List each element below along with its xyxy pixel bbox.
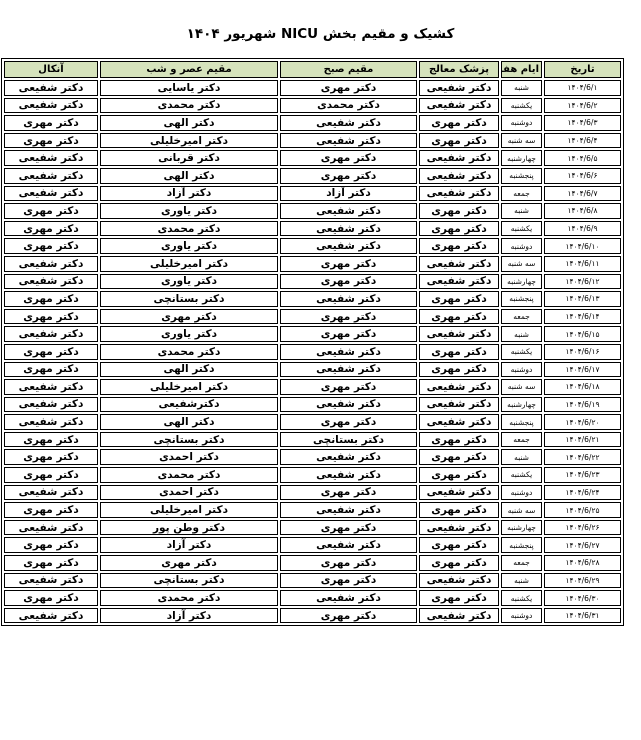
col-header-morning: مقیم صبح bbox=[280, 61, 417, 78]
table-row: ۱۴۰۴/6/۲۳یکشنبهدکتر مهریدکتر شفیعیدکتر م… bbox=[4, 467, 621, 483]
date-cell: ۱۴۰۴/6/۴ bbox=[544, 133, 621, 149]
attending-cell: دکتر مهری bbox=[419, 203, 499, 219]
table-row: ۱۴۰۴/6/۱۵شنبهدکتر شفیعیدکتر مهریدکتر یاو… bbox=[4, 326, 621, 342]
weekday-cell: جمعه bbox=[501, 555, 542, 571]
date-cell: ۱۴۰۴/6/۱۵ bbox=[544, 326, 621, 342]
attending-cell: دکتر شفیعی bbox=[419, 485, 499, 501]
table-row: ۱۴۰۴/6/۲۶چهارشنبهدکتر شفیعیدکتر مهریدکتر… bbox=[4, 520, 621, 536]
oncall-cell: دکتر شفیعی bbox=[4, 98, 98, 114]
schedule-table: تاریخ ایام هفته پزشک معالج مقیم صبح مقیم… bbox=[1, 58, 624, 626]
table-row: ۱۴۰۴/6/۱۷دوشنبهدکتر مهریدکتر شفیعیدکتر ا… bbox=[4, 362, 621, 378]
attending-cell: دکتر مهری bbox=[419, 432, 499, 448]
morning-cell: دکتر مهری bbox=[280, 168, 417, 184]
table-row: ۱۴۰۴/6/۵چهارشنبهدکتر شفیعیدکتر مهریدکتر … bbox=[4, 150, 621, 166]
header-row: تاریخ ایام هفته پزشک معالج مقیم صبح مقیم… bbox=[4, 61, 621, 78]
morning-cell: دکتر بستانچی bbox=[280, 432, 417, 448]
weekday-cell: پنجشنبه bbox=[501, 168, 542, 184]
evening-cell: دکتر بستانچی bbox=[100, 573, 278, 589]
table-row: ۱۴۰۴/6/۲۲شنبهدکتر مهریدکتر شفیعیدکتر احم… bbox=[4, 449, 621, 465]
evening-cell: دکتر محمدی bbox=[100, 98, 278, 114]
evening-cell: دکتر الهی bbox=[100, 414, 278, 430]
evening-cell: دکتر قربانی bbox=[100, 150, 278, 166]
date-cell: ۱۴۰۴/6/۱۴ bbox=[544, 309, 621, 325]
schedule-page: کشیک و مقیم بخش NICU شهریور ۱۴۰۴ تاریخ ا… bbox=[0, 0, 641, 740]
table-row: ۱۴۰۴/6/۱۳پنجشنبهدکتر مهریدکتر شفیعیدکتر … bbox=[4, 291, 621, 307]
date-cell: ۱۴۰۴/6/۲۸ bbox=[544, 555, 621, 571]
evening-cell: دکتر امیرخلیلی bbox=[100, 379, 278, 395]
attending-cell: دکتر شفیعی bbox=[419, 256, 499, 272]
date-cell: ۱۴۰۴/6/۳۱ bbox=[544, 608, 621, 624]
date-cell: ۱۴۰۴/6/۱۸ bbox=[544, 379, 621, 395]
table-row: ۱۴۰۴/6/۲۹شنبهدکتر شفیعیدکتر مهریدکتر بست… bbox=[4, 573, 621, 589]
weekday-cell: پنجشنبه bbox=[501, 537, 542, 553]
evening-cell: دکتر آزاد bbox=[100, 537, 278, 553]
table-row: ۱۴۰۴/6/۶پنجشنبهدکتر شفیعیدکتر مهریدکتر ا… bbox=[4, 168, 621, 184]
oncall-cell: دکتر شفیعی bbox=[4, 520, 98, 536]
evening-cell: دکتر الهی bbox=[100, 168, 278, 184]
evening-cell: دکتر امیرخلیلی bbox=[100, 133, 278, 149]
attending-cell: دکتر مهری bbox=[419, 449, 499, 465]
morning-cell: دکتر شفیعی bbox=[280, 397, 417, 413]
oncall-cell: دکتر مهری bbox=[4, 344, 98, 360]
evening-cell: دکتر بستانچی bbox=[100, 432, 278, 448]
morning-cell: دکتر شفیعی bbox=[280, 291, 417, 307]
date-cell: ۱۴۰۴/6/۲۰ bbox=[544, 414, 621, 430]
oncall-cell: دکتر مهری bbox=[4, 309, 98, 325]
morning-cell: دکتر مهری bbox=[280, 309, 417, 325]
evening-cell: دکتر امیرخلیلی bbox=[100, 502, 278, 518]
col-header-evening: مقیم عصر و شب bbox=[100, 61, 278, 78]
table-row: ۱۴۰۴/6/۱شنبهدکتر شفیعیدکتر مهریدکتر یاسا… bbox=[4, 80, 621, 96]
attending-cell: دکتر شفیعی bbox=[419, 326, 499, 342]
evening-cell: دکتر یاوری bbox=[100, 274, 278, 290]
weekday-cell: چهارشنبه bbox=[501, 150, 542, 166]
morning-cell: دکتر شفیعی bbox=[280, 362, 417, 378]
table-row: ۱۴۰۴/6/۱۶یکشنبهدکتر مهریدکتر شفیعیدکتر م… bbox=[4, 344, 621, 360]
table-row: ۱۴۰۴/6/۳۰یکشنبهدکتر مهریدکتر شفیعیدکتر م… bbox=[4, 590, 621, 606]
date-cell: ۱۴۰۴/6/۲۳ bbox=[544, 467, 621, 483]
weekday-cell: دوشنبه bbox=[501, 115, 542, 131]
col-header-attending: پزشک معالج bbox=[419, 61, 499, 78]
table-row: ۱۴۰۴/6/۲۸جمعهدکتر مهریدکتر مهریدکتر مهری… bbox=[4, 555, 621, 571]
morning-cell: دکتر محمدی bbox=[280, 98, 417, 114]
evening-cell: دکتر آزاد bbox=[100, 608, 278, 624]
date-cell: ۱۴۰۴/6/۲۴ bbox=[544, 485, 621, 501]
oncall-cell: دکتر شفیعی bbox=[4, 397, 98, 413]
oncall-cell: دکتر شفیعی bbox=[4, 326, 98, 342]
date-cell: ۱۴۰۴/6/۱۲ bbox=[544, 274, 621, 290]
weekday-cell: چهارشنبه bbox=[501, 274, 542, 290]
oncall-cell: دکتر مهری bbox=[4, 133, 98, 149]
morning-cell: دکتر شفیعی bbox=[280, 590, 417, 606]
schedule-rows: ۱۴۰۴/6/۱شنبهدکتر شفیعیدکتر مهریدکتر یاسا… bbox=[4, 80, 621, 623]
attending-cell: دکتر مهری bbox=[419, 115, 499, 131]
weekday-cell: دوشنبه bbox=[501, 608, 542, 624]
date-cell: ۱۴۰۴/6/۳۰ bbox=[544, 590, 621, 606]
date-cell: ۱۴۰۴/6/۲۵ bbox=[544, 502, 621, 518]
evening-cell: دکتر محمدی bbox=[100, 467, 278, 483]
date-cell: ۱۴۰۴/6/۱۷ bbox=[544, 362, 621, 378]
evening-cell: دکتر مهری bbox=[100, 309, 278, 325]
weekday-cell: یکشنبه bbox=[501, 344, 542, 360]
weekday-cell: دوشنبه bbox=[501, 238, 542, 254]
oncall-cell: دکتر شفیعی bbox=[4, 414, 98, 430]
morning-cell: دکتر مهری bbox=[280, 150, 417, 166]
oncall-cell: دکتر مهری bbox=[4, 432, 98, 448]
evening-cell: دکتر محمدی bbox=[100, 221, 278, 237]
morning-cell: دکتر مهری bbox=[280, 520, 417, 536]
evening-cell: دکتر وطن پور bbox=[100, 520, 278, 536]
weekday-cell: شنبه bbox=[501, 203, 542, 219]
table-row: ۱۴۰۴/6/۴سه شنبهدکتر مهریدکتر شفیعیدکتر ا… bbox=[4, 133, 621, 149]
morning-cell: دکتر مهری bbox=[280, 414, 417, 430]
morning-cell: دکتر مهری bbox=[280, 80, 417, 96]
date-cell: ۱۴۰۴/6/۹ bbox=[544, 221, 621, 237]
weekday-cell: یکشنبه bbox=[501, 467, 542, 483]
weekday-cell: شنبه bbox=[501, 326, 542, 342]
weekday-cell: یکشنبه bbox=[501, 98, 542, 114]
oncall-cell: دکتر مهری bbox=[4, 238, 98, 254]
weekday-cell: جمعه bbox=[501, 309, 542, 325]
date-cell: ۱۴۰۴/6/۲۲ bbox=[544, 449, 621, 465]
evening-cell: دکتر یاوری bbox=[100, 238, 278, 254]
table-row: ۱۴۰۴/6/۱۱سه شنبهدکتر شفیعیدکتر مهریدکتر … bbox=[4, 256, 621, 272]
oncall-cell: دکتر مهری bbox=[4, 291, 98, 307]
weekday-cell: چهارشنبه bbox=[501, 397, 542, 413]
evening-cell: دکتر محمدی bbox=[100, 344, 278, 360]
table-row: ۱۴۰۴/6/۱۸سه شنبهدکتر شفیعیدکتر مهریدکتر … bbox=[4, 379, 621, 395]
date-cell: ۱۴۰۴/6/۲ bbox=[544, 98, 621, 114]
oncall-cell: دکتر مهری bbox=[4, 449, 98, 465]
oncall-cell: دکتر مهری bbox=[4, 502, 98, 518]
weekday-cell: پنجشنبه bbox=[501, 291, 542, 307]
col-header-weekday: ایام هفته bbox=[501, 61, 542, 78]
morning-cell: دکتر آزاد bbox=[280, 186, 417, 202]
oncall-cell: دکتر مهری bbox=[4, 221, 98, 237]
weekday-cell: جمعه bbox=[501, 186, 542, 202]
attending-cell: دکتر مهری bbox=[419, 467, 499, 483]
date-cell: ۱۴۰۴/6/۱ bbox=[544, 80, 621, 96]
date-cell: ۱۴۰۴/6/۵ bbox=[544, 150, 621, 166]
evening-cell: دکتر امیرخلیلی bbox=[100, 256, 278, 272]
attending-cell: دکتر شفیعی bbox=[419, 414, 499, 430]
morning-cell: دکتر مهری bbox=[280, 485, 417, 501]
table-row: ۱۴۰۴/6/۷جمعهدکتر شفیعیدکتر آزاددکتر آزاد… bbox=[4, 186, 621, 202]
oncall-cell: دکتر مهری bbox=[4, 537, 98, 553]
morning-cell: دکتر شفیعی bbox=[280, 537, 417, 553]
oncall-cell: دکتر مهری bbox=[4, 115, 98, 131]
weekday-cell: چهارشنبه bbox=[501, 520, 542, 536]
evening-cell: دکتر احمدی bbox=[100, 449, 278, 465]
attending-cell: دکتر شفیعی bbox=[419, 150, 499, 166]
weekday-cell: شنبه bbox=[501, 449, 542, 465]
table-row: ۱۴۰۴/6/۱۴جمعهدکتر مهریدکتر مهریدکتر مهری… bbox=[4, 309, 621, 325]
weekday-cell: سه شنبه bbox=[501, 379, 542, 395]
date-cell: ۱۴۰۴/6/۲۹ bbox=[544, 573, 621, 589]
morning-cell: دکتر شفیعی bbox=[280, 203, 417, 219]
evening-cell: دکترشفیعی bbox=[100, 397, 278, 413]
morning-cell: دکتر شفیعی bbox=[280, 115, 417, 131]
evening-cell: دکتر یاوری bbox=[100, 326, 278, 342]
page-title: کشیک و مقیم بخش NICU شهریور ۱۴۰۴ bbox=[0, 0, 641, 42]
evening-cell: دکتر آزاد bbox=[100, 186, 278, 202]
morning-cell: دکتر شفیعی bbox=[280, 238, 417, 254]
table-row: ۱۴۰۴/6/۱۲چهارشنبهدکتر شفیعیدکتر مهریدکتر… bbox=[4, 274, 621, 290]
weekday-cell: دوشنبه bbox=[501, 362, 542, 378]
col-header-date: تاریخ bbox=[544, 61, 621, 78]
morning-cell: دکتر مهری bbox=[280, 256, 417, 272]
attending-cell: دکتر مهری bbox=[419, 537, 499, 553]
table-row: ۱۴۰۴/6/۸شنبهدکتر مهریدکتر شفیعیدکتر یاور… bbox=[4, 203, 621, 219]
weekday-cell: دوشنبه bbox=[501, 485, 542, 501]
oncall-cell: دکتر شفیعی bbox=[4, 80, 98, 96]
oncall-cell: دکتر شفیعی bbox=[4, 256, 98, 272]
attending-cell: دکتر مهری bbox=[419, 344, 499, 360]
morning-cell: دکتر مهری bbox=[280, 274, 417, 290]
weekday-cell: سه شنبه bbox=[501, 256, 542, 272]
attending-cell: دکتر شفیعی bbox=[419, 168, 499, 184]
table-row: ۱۴۰۴/6/۲۵سه شنبهدکتر مهریدکتر شفیعیدکتر … bbox=[4, 502, 621, 518]
oncall-cell: دکتر شفیعی bbox=[4, 608, 98, 624]
attending-cell: دکتر مهری bbox=[419, 555, 499, 571]
oncall-cell: دکتر مهری bbox=[4, 555, 98, 571]
morning-cell: دکتر مهری bbox=[280, 379, 417, 395]
date-cell: ۱۴۰۴/6/۱۱ bbox=[544, 256, 621, 272]
attending-cell: دکتر شفیعی bbox=[419, 274, 499, 290]
oncall-cell: دکتر شفیعی bbox=[4, 274, 98, 290]
morning-cell: دکتر مهری bbox=[280, 555, 417, 571]
date-cell: ۱۴۰۴/6/۸ bbox=[544, 203, 621, 219]
date-cell: ۱۴۰۴/6/۱۰ bbox=[544, 238, 621, 254]
date-cell: ۱۴۰۴/6/۱۳ bbox=[544, 291, 621, 307]
attending-cell: دکتر مهری bbox=[419, 309, 499, 325]
attending-cell: دکتر شفیعی bbox=[419, 397, 499, 413]
oncall-cell: دکتر شفیعی bbox=[4, 573, 98, 589]
attending-cell: دکتر مهری bbox=[419, 238, 499, 254]
table-row: ۱۴۰۴/6/۲۷پنجشنبهدکتر مهریدکتر شفیعیدکتر … bbox=[4, 537, 621, 553]
oncall-cell: دکتر مهری bbox=[4, 362, 98, 378]
oncall-cell: دکتر مهری bbox=[4, 203, 98, 219]
morning-cell: دکتر مهری bbox=[280, 326, 417, 342]
date-cell: ۱۴۰۴/6/۱۹ bbox=[544, 397, 621, 413]
evening-cell: دکتر الهی bbox=[100, 362, 278, 378]
evening-cell: دکتر یاوری bbox=[100, 203, 278, 219]
weekday-cell: شنبه bbox=[501, 80, 542, 96]
weekday-cell: سه شنبه bbox=[501, 502, 542, 518]
table-row: ۱۴۰۴/6/۱۰دوشنبهدکتر مهریدکتر شفیعیدکتر ی… bbox=[4, 238, 621, 254]
table-row: ۱۴۰۴/6/۳۱دوشنبهدکتر شفیعیدکتر مهریدکتر آ… bbox=[4, 608, 621, 624]
morning-cell: دکتر شفیعی bbox=[280, 467, 417, 483]
evening-cell: دکتر یاسایی bbox=[100, 80, 278, 96]
oncall-cell: دکتر مهری bbox=[4, 467, 98, 483]
oncall-cell: دکتر شفیعی bbox=[4, 168, 98, 184]
oncall-cell: دکتر شفیعی bbox=[4, 150, 98, 166]
morning-cell: دکتر شفیعی bbox=[280, 133, 417, 149]
attending-cell: دکتر شفیعی bbox=[419, 80, 499, 96]
table-row: ۱۴۰۴/6/۱۹چهارشنبهدکتر شفیعیدکتر شفیعیدکت… bbox=[4, 397, 621, 413]
evening-cell: دکتر محمدی bbox=[100, 590, 278, 606]
weekday-cell: پنجشنبه bbox=[501, 414, 542, 430]
table-row: ۱۴۰۴/6/۲۰پنجشنبهدکتر شفیعیدکتر مهریدکتر … bbox=[4, 414, 621, 430]
attending-cell: دکتر مهری bbox=[419, 502, 499, 518]
morning-cell: دکتر مهری bbox=[280, 608, 417, 624]
table-row: ۱۴۰۴/6/۲۴دوشنبهدکتر شفیعیدکتر مهریدکتر ا… bbox=[4, 485, 621, 501]
attending-cell: دکتر مهری bbox=[419, 590, 499, 606]
date-cell: ۱۴۰۴/6/۲۱ bbox=[544, 432, 621, 448]
weekday-cell: سه شنبه bbox=[501, 133, 542, 149]
table-row: ۱۴۰۴/6/۲یکشنبهدکتر شفیعیدکتر محمدیدکتر م… bbox=[4, 98, 621, 114]
weekday-cell: یکشنبه bbox=[501, 590, 542, 606]
morning-cell: دکتر شفیعی bbox=[280, 502, 417, 518]
attending-cell: دکتر شفیعی bbox=[419, 98, 499, 114]
table-row: ۱۴۰۴/6/۳دوشنبهدکتر مهریدکتر شفیعیدکتر ال… bbox=[4, 115, 621, 131]
attending-cell: دکتر مهری bbox=[419, 362, 499, 378]
attending-cell: دکتر مهری bbox=[419, 133, 499, 149]
date-cell: ۱۴۰۴/6/۲۶ bbox=[544, 520, 621, 536]
col-header-oncall: آنکال bbox=[4, 61, 98, 78]
date-cell: ۱۴۰۴/6/۲۷ bbox=[544, 537, 621, 553]
evening-cell: دکتر احمدی bbox=[100, 485, 278, 501]
oncall-cell: دکتر شفیعی bbox=[4, 379, 98, 395]
attending-cell: دکتر شفیعی bbox=[419, 186, 499, 202]
date-cell: ۱۴۰۴/6/۱۶ bbox=[544, 344, 621, 360]
attending-cell: دکتر شفیعی bbox=[419, 520, 499, 536]
weekday-cell: یکشنبه bbox=[501, 221, 542, 237]
weekday-cell: شنبه bbox=[501, 573, 542, 589]
oncall-cell: دکتر شفیعی bbox=[4, 186, 98, 202]
table-row: ۱۴۰۴/6/۹یکشنبهدکتر مهریدکتر شفیعیدکتر مح… bbox=[4, 221, 621, 237]
weekday-cell: جمعه bbox=[501, 432, 542, 448]
attending-cell: دکتر شفیعی bbox=[419, 608, 499, 624]
evening-cell: دکتر بستانچی bbox=[100, 291, 278, 307]
oncall-cell: دکتر شفیعی bbox=[4, 485, 98, 501]
morning-cell: دکتر مهری bbox=[280, 573, 417, 589]
attending-cell: دکتر مهری bbox=[419, 291, 499, 307]
morning-cell: دکتر شفیعی bbox=[280, 221, 417, 237]
morning-cell: دکتر شفیعی bbox=[280, 449, 417, 465]
morning-cell: دکتر شفیعی bbox=[280, 344, 417, 360]
attending-cell: دکتر مهری bbox=[419, 221, 499, 237]
date-cell: ۱۴۰۴/6/۷ bbox=[544, 186, 621, 202]
date-cell: ۱۴۰۴/6/۳ bbox=[544, 115, 621, 131]
date-cell: ۱۴۰۴/6/۶ bbox=[544, 168, 621, 184]
oncall-cell: دکتر مهری bbox=[4, 590, 98, 606]
evening-cell: دکتر مهری bbox=[100, 555, 278, 571]
attending-cell: دکتر شفیعی bbox=[419, 379, 499, 395]
evening-cell: دکتر الهی bbox=[100, 115, 278, 131]
table-row: ۱۴۰۴/6/۲۱جمعهدکتر مهریدکتر بستانچیدکتر ب… bbox=[4, 432, 621, 448]
attending-cell: دکتر شفیعی bbox=[419, 573, 499, 589]
